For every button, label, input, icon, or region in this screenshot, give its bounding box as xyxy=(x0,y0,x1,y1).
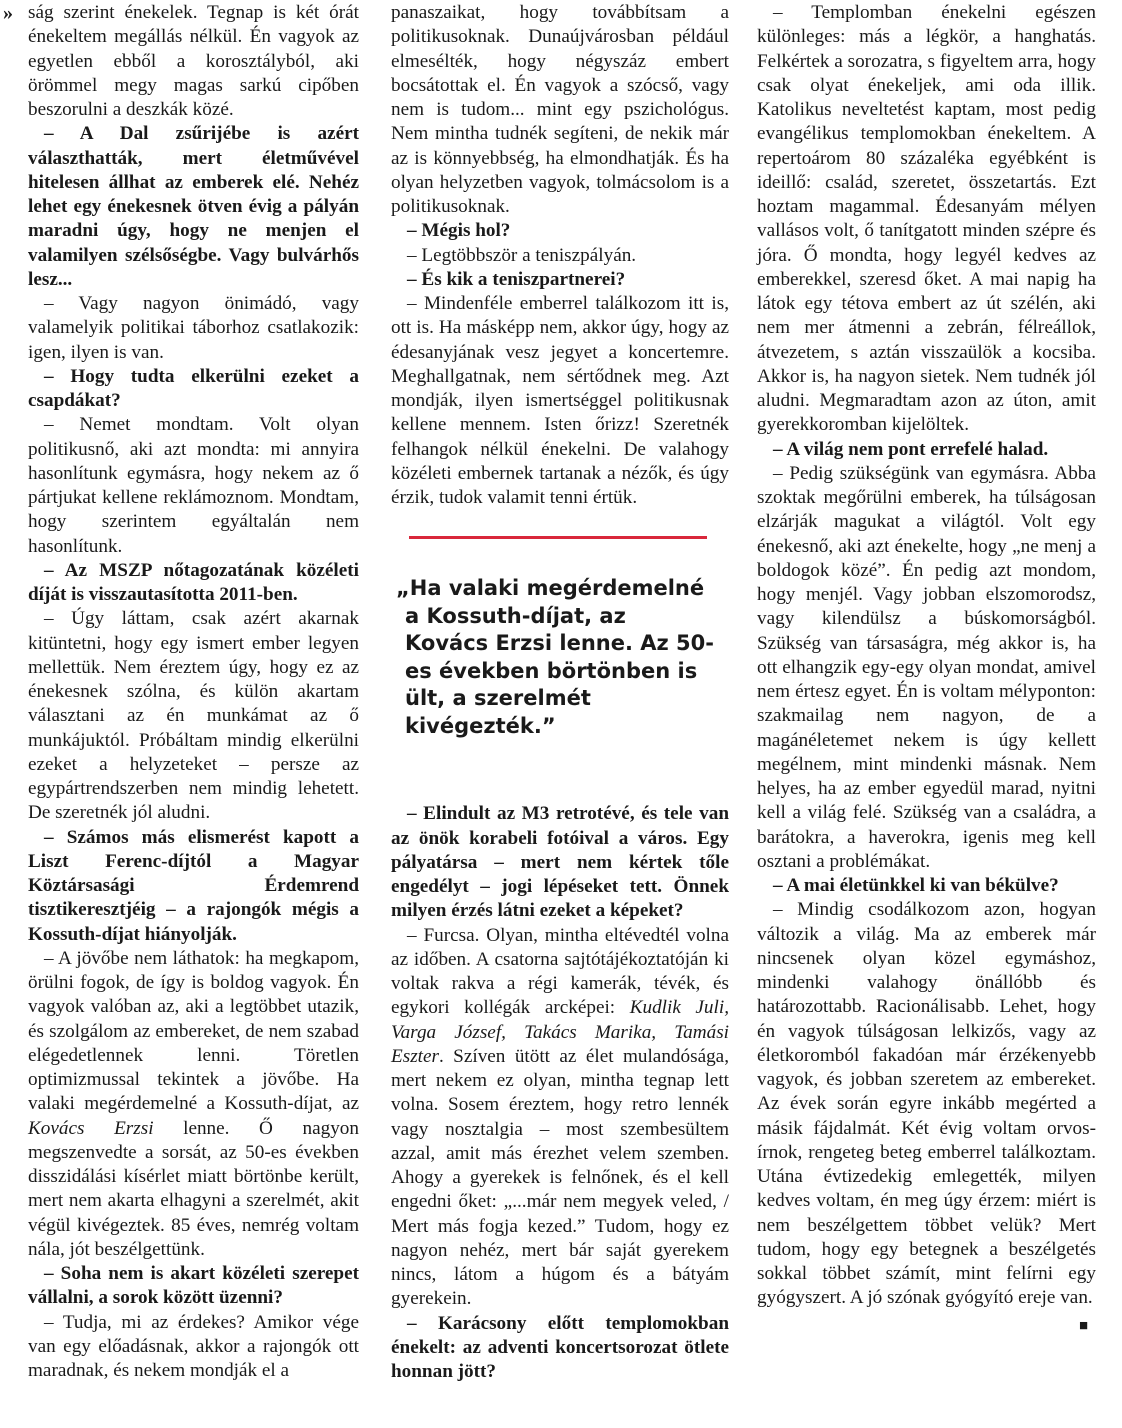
question-paragraph: – Számos más elismerést kapott a Liszt F… xyxy=(28,826,359,947)
pull-quote: „Ha valaki megérdemelné a Kossuth-díjat,… xyxy=(391,536,729,802)
question-paragraph: – A Dal zsűrijébe is azért választhatták… xyxy=(28,122,359,292)
answer-paragraph: – Legtöbbször a teniszpályán. xyxy=(391,244,729,268)
answer-paragraph: – Tudja, mi az érdekes? Amikor vége van … xyxy=(28,1311,359,1384)
answer-paragraph: – A jövőbe nem láthatok: ha megkapom, ör… xyxy=(28,947,359,1262)
pull-quote-text: „Ha valaki megérdemelné a Kossuth-díjat,… xyxy=(393,575,715,740)
question-paragraph: – Az MSZP nőtagozatának közéleti díját i… xyxy=(28,559,359,608)
pull-quote-divider xyxy=(409,536,707,539)
question-paragraph: – És kik a teniszpartnerei? xyxy=(391,268,729,292)
answer-paragraph: – Templomban énekelni egészen különleges… xyxy=(757,1,1096,438)
column-middle: panaszaikat, hogy továbbítsam a politiku… xyxy=(391,1,729,1384)
answer-paragraph: – Pedig szükségünk van egymásra. Abba sz… xyxy=(757,462,1096,874)
question-paragraph: – Mégis hol? xyxy=(391,219,729,243)
question-paragraph: – A mai életünkkel ki van békülve? xyxy=(757,874,1096,898)
column-right: – Templomban énekelni egészen különleges… xyxy=(757,1,1096,1338)
question-paragraph: – Elindult az M3 retrotévé, és tele van … xyxy=(391,802,729,923)
answer-text: – A jövőbe nem láthatok: ha megkapom, ör… xyxy=(28,948,359,1115)
end-of-article-icon: ■ xyxy=(1063,1314,1088,1338)
answer-paragraph: panaszaikat, hogy továbbítsam a politiku… xyxy=(391,1,729,219)
continuation-marker-icon: » xyxy=(3,1,13,25)
answer-paragraph: – Vagy nagyon önimádó, vagy valamelyik p… xyxy=(28,292,359,365)
answer-text: . Szíven ütött az élet mulandósága, mert… xyxy=(391,1046,729,1310)
answer-paragraph: – Furcsa. Olyan, mintha eltévedtél volna… xyxy=(391,924,729,1312)
answer-text: – Mindig csodálkozom azon, hogyan változ… xyxy=(757,899,1096,1308)
answer-paragraph: – Úgy láttam, csak azért akarnak kitünte… xyxy=(28,607,359,825)
question-paragraph: – Hogy tudta elkerülni ezeket a csapdáka… xyxy=(28,365,359,414)
answer-paragraph: – Mindig csodálkozom azon, hogyan változ… xyxy=(757,898,1096,1310)
question-paragraph: – Soha nem is akart közéleti szerepet vá… xyxy=(28,1262,359,1311)
italic-name: Kovács Erzsi xyxy=(28,1118,154,1139)
answer-paragraph: ság szerint énekelek. Tegnap is két órát… xyxy=(28,1,359,122)
question-paragraph: – A világ nem pont errefelé halad. xyxy=(757,438,1096,462)
column-left: ság szerint énekelek. Tegnap is két órát… xyxy=(28,1,359,1383)
answer-paragraph: – Mindenféle emberrel találkozom itt is,… xyxy=(391,292,729,510)
question-paragraph: – Karácsony előtt templomokban énekelt: … xyxy=(391,1312,729,1385)
answer-paragraph: – Nemet mondtam. Volt olyan politikusnő,… xyxy=(28,413,359,559)
